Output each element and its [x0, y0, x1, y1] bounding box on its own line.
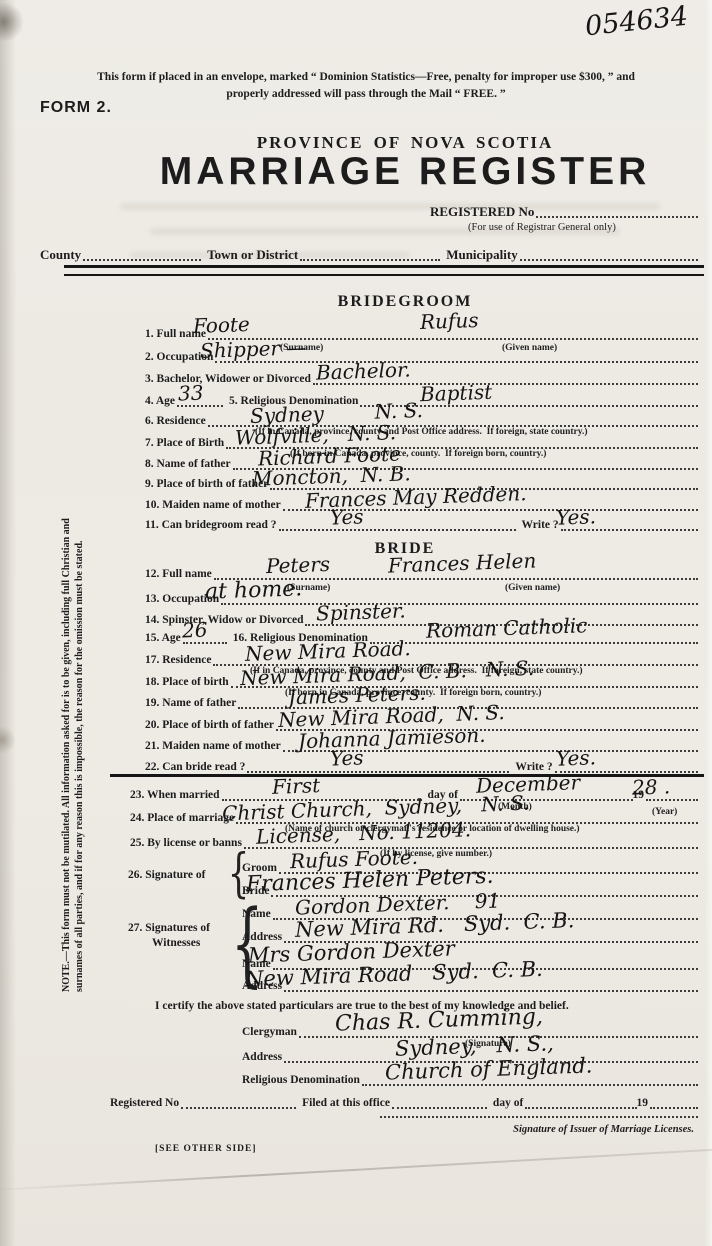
dotted-line: [370, 642, 698, 644]
year-prefix: 19: [637, 1097, 649, 1110]
dotted-line: [536, 216, 698, 218]
dotted-line: [177, 405, 223, 407]
paper-crease: [0, 1146, 712, 1192]
dotted-line: [279, 529, 516, 531]
field-label: 9. Place of birth of father: [145, 478, 268, 491]
side-note: NOTE.—This form must not be mutilated. A…: [60, 432, 86, 992]
groom-read-write-row: 11. Can bridegroom read ? Write ?: [145, 518, 698, 532]
dotted-line: [83, 259, 201, 261]
handwritten-value: 33: [178, 383, 204, 404]
side-note-line2: surnames of all parties, and if for any …: [73, 432, 86, 992]
bridegroom-heading: BRIDEGROOM: [110, 293, 700, 311]
field-label: 22. Can bride read ?: [145, 761, 245, 774]
bride-status-row: 14. Spinster, Widow or Divorced: [145, 613, 698, 627]
handwritten-value: 26: [182, 620, 208, 641]
dotted-line: [284, 990, 698, 992]
registered-no-label: REGISTERED No: [430, 205, 534, 219]
handwritten-value: Peters: [266, 554, 331, 576]
dotted-line: [646, 799, 698, 801]
registrar-only-note: (For use of Registrar General only): [468, 223, 616, 234]
handwritten-value: Rufus: [420, 310, 479, 332]
field-label: 8. Name of father: [145, 458, 231, 471]
field-label: 19. Name of father: [145, 697, 236, 710]
issuer-signature-line: [380, 1116, 698, 1118]
handwritten-value: Shipper —: [200, 337, 307, 361]
handwritten-value: Moncton, N. B.: [252, 463, 411, 489]
section-rule: [110, 774, 704, 777]
field-label: Clergyman: [242, 1026, 297, 1039]
dotted-line: [362, 1084, 698, 1086]
page-title: MARRIAGE REGISTER: [110, 150, 700, 194]
dotted-line: [561, 529, 698, 531]
county-label: County: [40, 248, 81, 262]
dotted-line: [181, 1107, 296, 1109]
handwritten-serial-number: 054634: [584, 3, 689, 41]
field-label: 10. Maiden name of mother: [145, 499, 281, 512]
dotted-line: [520, 259, 698, 261]
handwritten-value: Johanna Jamieson.: [298, 725, 486, 752]
dotted-line: [183, 642, 227, 644]
dotted-line: [215, 361, 698, 363]
issuer-signature-note: Signature of Issuer of Marriage Licenses…: [380, 1124, 694, 1135]
field-label: 3. Bachelor, Widower or Divorced: [145, 373, 311, 386]
field-label: 7. Place of Birth: [145, 437, 224, 450]
field-label: 21. Maiden name of mother: [145, 740, 281, 753]
field-label: Address: [242, 1051, 282, 1064]
field-label: 4. Age: [145, 395, 175, 408]
handwritten-value: Yes: [330, 747, 364, 768]
handwritten-value: Roman Catholic: [426, 615, 588, 641]
municipality-label: Municipality: [446, 248, 518, 262]
handwritten-value: Baptist: [420, 382, 493, 405]
dotted-line: [525, 1107, 636, 1109]
witnesses-label-1: 27. Signatures of: [128, 922, 210, 934]
signature-of-label: 26. Signature of: [128, 869, 205, 881]
field-label: 23. When married: [130, 789, 220, 802]
bride-age-religion-row: 15. Age 16. Religious Denomination: [145, 631, 698, 645]
groom-father-row: 8. Name of father: [145, 457, 698, 471]
handwritten-value: 28 .: [632, 776, 671, 797]
field-label: 12. Full name: [145, 568, 212, 581]
field-label: Registered No: [110, 1097, 179, 1110]
groom-birth-row: 7. Place of Birth: [145, 436, 698, 450]
field-label: 24. Place of marriage: [130, 812, 234, 825]
dotted-line: [392, 1107, 487, 1109]
side-note-line1: NOTE.—This form must not be mutilated. A…: [60, 432, 73, 992]
handwritten-value: Bachelor.: [316, 359, 411, 382]
handwritten-value: First: [272, 775, 321, 797]
handwritten-value: Yes.: [556, 506, 597, 527]
registrar-filing-row: Registered No Filed at this office day o…: [110, 1096, 698, 1110]
handwritten-value: Foote: [193, 314, 250, 336]
field-label: Name: [242, 908, 271, 921]
registered-no-row: REGISTERED No: [430, 203, 698, 219]
handwritten-value: Frances Helen: [388, 550, 537, 575]
handwritten-value: Spinster.: [316, 600, 406, 623]
field-label: 15. Age: [145, 632, 181, 645]
dotted-line: [300, 259, 440, 261]
dotted-line: [221, 603, 698, 605]
see-other-side-note: [SEE OTHER SIDE]: [155, 1144, 257, 1154]
field-label: 6. Residence: [145, 415, 206, 428]
dotted-line: [313, 383, 698, 385]
handwritten-value: Yes.: [556, 747, 597, 768]
mail-notice: This form if placed in an envelope, mark…: [70, 69, 662, 103]
mail-notice-line1: This form if placed in an envelope, mark…: [70, 69, 662, 86]
field-label: day of: [493, 1097, 523, 1110]
mail-notice-line2: properly addressed will pass through the…: [70, 86, 662, 103]
county-row: County Town or District Municipality: [40, 246, 698, 262]
witnesses-label-2: Witnesses: [152, 937, 200, 949]
field-label: 18. Place of birth: [145, 676, 229, 689]
field-label: Write ?: [522, 519, 559, 532]
field-label: Religious Denomination: [242, 1074, 360, 1087]
dotted-line: [247, 771, 509, 773]
field-label: 20. Place of birth of father: [145, 719, 274, 732]
handwritten-value: Yes: [330, 506, 364, 527]
field-label: 14. Spinster, Widow or Divorced: [145, 614, 303, 627]
field-label: 11. Can bridegroom read ?: [145, 519, 277, 532]
section-rule: [64, 265, 704, 276]
handwritten-value: at home.: [205, 578, 303, 603]
marriage-register-form: 054634 This form if placed in an envelop…: [0, 0, 712, 1246]
form-number: FORM 2.: [40, 99, 112, 117]
field-label: 25. By license or banns: [130, 837, 242, 850]
field-label: Filed at this office: [302, 1097, 390, 1110]
town-district-label: Town or District: [207, 248, 298, 262]
field-label: 17. Residence: [145, 654, 211, 667]
dotted-line: [650, 1107, 698, 1109]
bride-read-write-row: 22. Can bride read ? Write ?: [145, 760, 698, 774]
